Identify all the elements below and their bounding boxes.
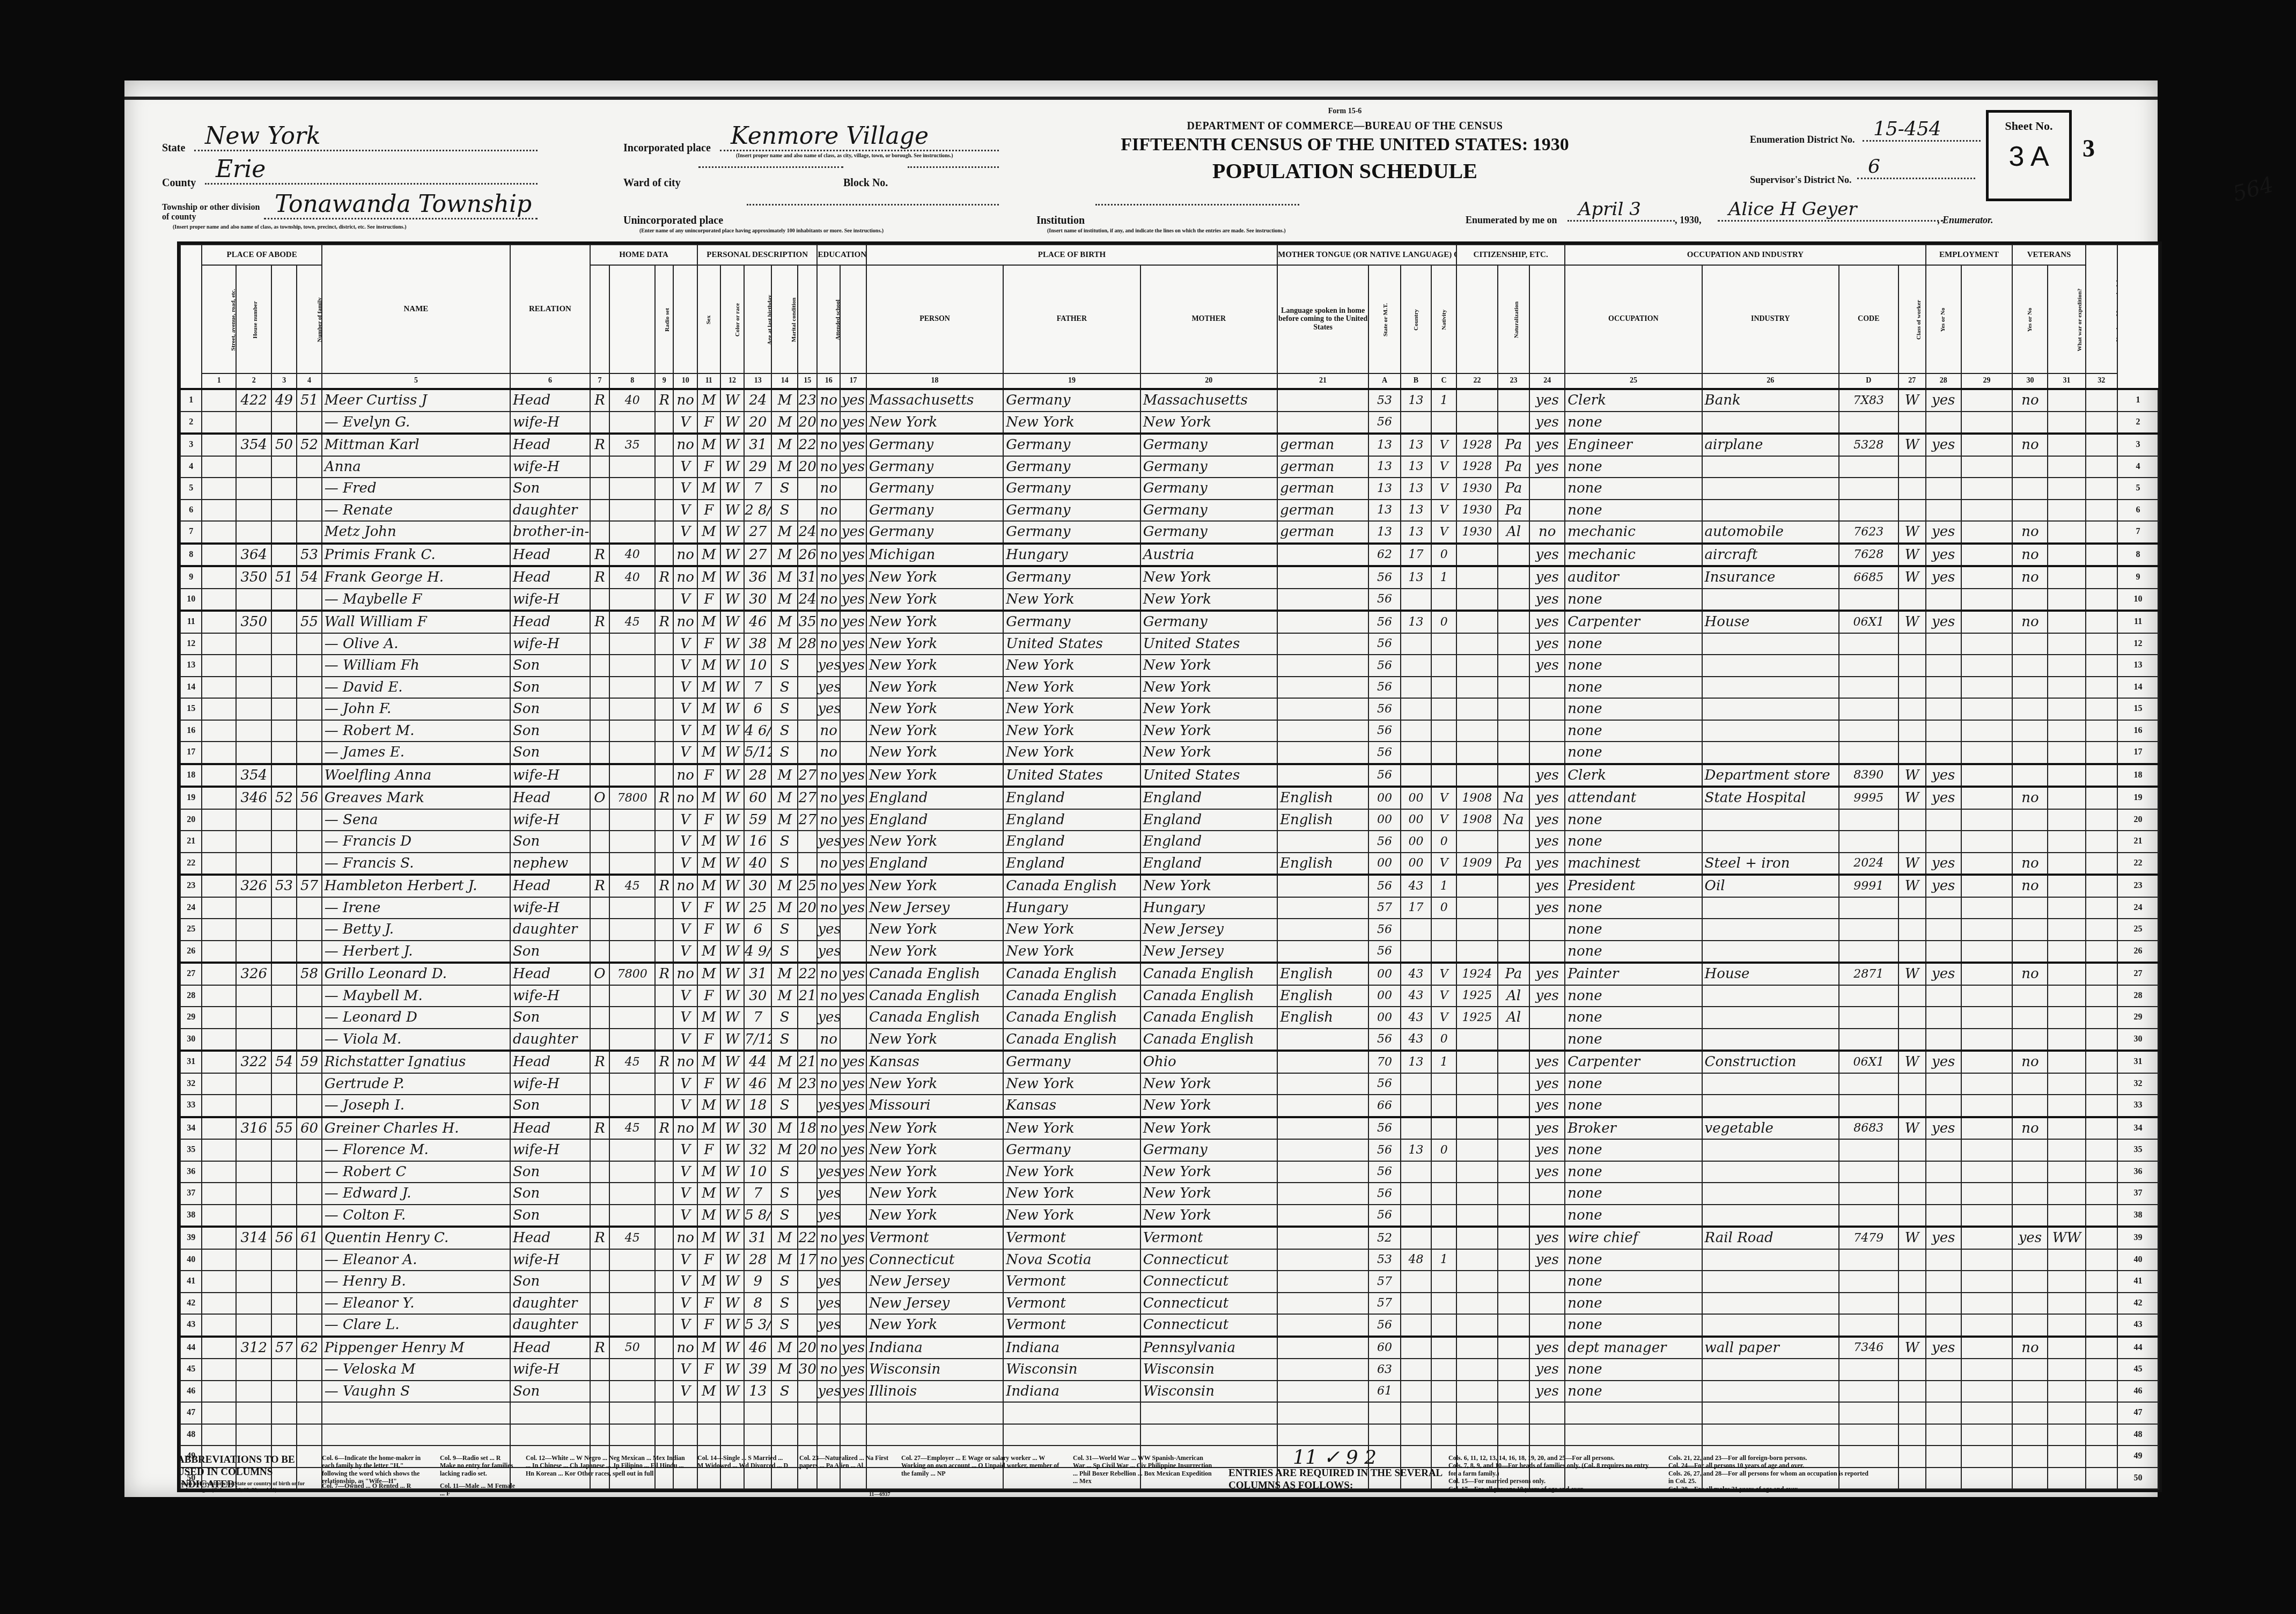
- cell-mother-birth: New Jersey: [1140, 919, 1277, 941]
- cell-farm-sched: [2086, 1073, 2118, 1095]
- cell-farm: V: [673, 633, 697, 655]
- cell-class: [1898, 897, 1926, 919]
- cell-farm-sched: [2086, 764, 2118, 787]
- census-title: FIFTEENTH CENSUS OF THE UNITED STATES: 1…: [1036, 135, 1653, 155]
- cell-age-marr: [798, 742, 817, 764]
- table-row: 37— Edward J.SonVMW7SyesNew YorkNew York…: [180, 1183, 2159, 1205]
- cell-relation: Head: [510, 1337, 590, 1359]
- cell-unemp: [1961, 1337, 2013, 1359]
- line-number: 42: [180, 1293, 202, 1315]
- cell-class: [1898, 1249, 1926, 1271]
- cell-value: 35: [609, 434, 655, 456]
- cell-immig: [1456, 1402, 1498, 1424]
- cell-industry: [1702, 412, 1839, 434]
- cell-marital: S: [771, 500, 798, 522]
- cell-relation: wife-H: [510, 809, 590, 831]
- cell-sex: F: [697, 1029, 720, 1051]
- column-number: 14: [771, 373, 798, 389]
- cell-immig: [1456, 1293, 1498, 1315]
- cell-industry: Steel + iron: [1702, 853, 1839, 875]
- cell-natur: [1498, 875, 1530, 897]
- cell-sex: M: [697, 1117, 720, 1140]
- cell-industry: [1702, 1249, 1839, 1271]
- cell-code-d: [1839, 633, 1898, 655]
- cell-read: yes: [840, 611, 866, 633]
- cell-farm: V: [673, 720, 697, 742]
- cell-age: 46: [744, 1073, 771, 1095]
- cell-birth: Indiana: [866, 1337, 1003, 1359]
- cell-name: — Irene: [322, 897, 510, 919]
- cell-english: yes: [1529, 963, 1565, 985]
- cell-occupation: none: [1565, 1183, 1702, 1205]
- cell-code-a: 57: [1368, 1293, 1401, 1315]
- cell-immig: 1930: [1456, 521, 1498, 544]
- cell-mother-birth: Connecticut: [1140, 1249, 1277, 1271]
- column-number: 24: [1529, 373, 1565, 389]
- cell-natur: [1498, 1205, 1530, 1227]
- line-number-right: 24: [2117, 897, 2159, 919]
- cell-farm-sched: [2086, 809, 2118, 831]
- cell-sex: M: [697, 478, 720, 500]
- cell-industry: [1702, 720, 1839, 742]
- cell-immig: [1456, 1183, 1498, 1205]
- cell-radio: [655, 589, 673, 611]
- cell-work: [1926, 677, 1961, 699]
- cell-language: [1277, 412, 1368, 434]
- cell-industry: [1702, 919, 1839, 941]
- cell-code-c: [1431, 412, 1456, 434]
- cell-vet: [2012, 1095, 2048, 1117]
- cell-english: yes: [1529, 456, 1565, 478]
- cell-sex: F: [697, 897, 720, 919]
- cell-unemp: [1961, 764, 2013, 787]
- cell-marital: [771, 1424, 798, 1446]
- cell-age: 2 8/12: [744, 500, 771, 522]
- cell-read: [840, 500, 866, 522]
- cell-farm-sched: [2086, 1381, 2118, 1403]
- cell-father-birth: Germany: [1003, 611, 1140, 633]
- column-number: 19: [1003, 373, 1140, 389]
- ward-field: [698, 166, 843, 168]
- cell-sex: F: [697, 589, 720, 611]
- cell-code-c: [1431, 1161, 1456, 1183]
- cell-read: [840, 1293, 866, 1315]
- cell-family: [297, 1095, 322, 1117]
- cell-unemp: [1961, 1073, 2013, 1095]
- cell-radio: R: [655, 963, 673, 985]
- cell-relation: Son: [510, 720, 590, 742]
- cell-unemp: [1961, 521, 2013, 544]
- cell-farm-sched: [2086, 1007, 2118, 1029]
- cell-english: yes: [1529, 1051, 1565, 1073]
- column-header: Number of dwelling house: [271, 265, 297, 373]
- cell-value: [609, 1249, 655, 1271]
- cell-dwelling: [271, 742, 297, 764]
- cell-immig: [1456, 544, 1498, 567]
- cell-industry: [1702, 677, 1839, 699]
- cell-industry: [1702, 589, 1839, 611]
- cell-code-a: 00: [1368, 1007, 1401, 1029]
- cell-birth: England: [866, 787, 1003, 809]
- cell-school: yes: [817, 941, 840, 963]
- cell-code-c: 0: [1431, 1029, 1456, 1051]
- line-number-right: 19: [2117, 787, 2159, 809]
- cell-dwelling: [271, 1073, 297, 1095]
- line-number-right: 5: [2117, 478, 2159, 500]
- cell-industry: [1702, 655, 1839, 677]
- cell-class: [1898, 456, 1926, 478]
- cell-age-marr: 20: [798, 897, 817, 919]
- column-number: 7: [590, 373, 609, 389]
- column-number: 28: [1926, 373, 1961, 389]
- cell-vet: [2012, 1293, 2048, 1315]
- cell-vet: [2012, 1007, 2048, 1029]
- cell-vet: [2012, 1381, 2048, 1403]
- cell-class: [1898, 698, 1926, 720]
- cell-vet: [2012, 589, 2048, 611]
- cell-birth: New York: [866, 412, 1003, 434]
- cell-class: [1898, 655, 1926, 677]
- cell-owned: [590, 1359, 609, 1381]
- cell-family: 56: [297, 787, 322, 809]
- cell-family: [297, 853, 322, 875]
- cell-vet: [2012, 1402, 2048, 1424]
- cell-school: no: [817, 521, 840, 544]
- cell-code-d: [1839, 1029, 1898, 1051]
- cell-code-d: [1839, 897, 1898, 919]
- cell-street: [202, 1007, 236, 1029]
- cell-farm-sched: [2086, 1424, 2118, 1446]
- cell-sex: M: [697, 1227, 720, 1249]
- table-row: 38— Colton F.SonVMW5 8/12SyesNew YorkNew…: [180, 1205, 2159, 1227]
- cell-sex: F: [697, 1073, 720, 1095]
- cell-house: 326: [236, 963, 271, 985]
- cell-sex: F: [697, 919, 720, 941]
- cell-age: 10: [744, 1161, 771, 1183]
- cell-birth: New York: [866, 1117, 1003, 1140]
- group-relation: RELATION: [510, 245, 590, 373]
- cell-value: [609, 1381, 655, 1403]
- cell-code-d: 2871: [1839, 963, 1898, 985]
- cell-race: W: [720, 1314, 745, 1337]
- cell-age-marr: [798, 1161, 817, 1183]
- cell-immig: [1456, 764, 1498, 787]
- cell-industry: [1702, 1271, 1839, 1293]
- cell-house: [236, 1183, 271, 1205]
- cell-farm: no: [673, 787, 697, 809]
- cell-unemp: [1961, 985, 2013, 1007]
- cell-code-c: [1431, 1205, 1456, 1227]
- cell-code-c: [1431, 919, 1456, 941]
- cell-value: [609, 941, 655, 963]
- cell-read: yes: [840, 963, 866, 985]
- cell-code-c: 0: [1431, 897, 1456, 919]
- cell-language: [1277, 1402, 1368, 1424]
- cell-unemp: [1961, 698, 2013, 720]
- cell-language: [1277, 1314, 1368, 1337]
- table-row: 93505154Frank George H.HeadR40RnoMW36M31…: [180, 566, 2159, 589]
- cell-value: 45: [609, 1051, 655, 1073]
- cell-radio: [655, 1249, 673, 1271]
- cell-code-c: [1431, 677, 1456, 699]
- cell-age: 7: [744, 677, 771, 699]
- cell-farm: V: [673, 809, 697, 831]
- cell-house: [236, 1095, 271, 1117]
- column-header: CODE: [1839, 265, 1898, 373]
- cell-war: [2048, 1337, 2085, 1359]
- cell-language: [1277, 655, 1368, 677]
- cell-code-b: [1401, 742, 1431, 764]
- entries-title: ENTRIES ARE REQUIRED IN THE SEVERAL COLU…: [1228, 1468, 1443, 1492]
- cell-war: [2048, 521, 2085, 544]
- cell-work: yes: [1926, 389, 1961, 412]
- cell-code-b: 43: [1401, 985, 1431, 1007]
- cell-code-c: V: [1431, 456, 1456, 478]
- cell-age-marr: 24: [798, 521, 817, 544]
- cell-race: W: [720, 1117, 745, 1140]
- line-number: 14: [180, 677, 202, 699]
- cell-dwelling: [271, 897, 297, 919]
- cell-read: [840, 478, 866, 500]
- cell-owned: [590, 633, 609, 655]
- township-field: Tonawanda Township: [264, 190, 538, 219]
- cell-read: yes: [840, 985, 866, 1007]
- column-header: Attended school: [817, 265, 840, 373]
- cell-race: W: [720, 698, 745, 720]
- cell-read: yes: [840, 566, 866, 589]
- cell-age-marr: 21: [798, 985, 817, 1007]
- cell-code-b: [1401, 1161, 1431, 1183]
- right-line-header: [2117, 245, 2159, 389]
- cell-relation: Head: [510, 389, 590, 412]
- cell-sex: M: [697, 1051, 720, 1073]
- cell-farm-sched: [2086, 655, 2118, 677]
- cell-school: yes: [817, 1205, 840, 1227]
- cell-sex: F: [697, 764, 720, 787]
- cell-age: 25: [744, 897, 771, 919]
- cell-occupation: mechanic: [1565, 544, 1702, 567]
- line-number-right: 17: [2117, 742, 2159, 764]
- cell-unemp: [1961, 677, 2013, 699]
- cell-mother-birth: Massachusetts: [1140, 389, 1277, 412]
- cell-war: [2048, 1402, 2085, 1424]
- cell-immig: [1456, 720, 1498, 742]
- state-label: State: [162, 142, 185, 155]
- cell-code-b: 00: [1401, 831, 1431, 853]
- cell-natur: [1498, 919, 1530, 941]
- cell-mother-birth: New Jersey: [1140, 941, 1277, 963]
- cell-marital: M: [771, 897, 798, 919]
- cell-work: [1926, 919, 1961, 941]
- cell-mother-birth: Pennsylvania: [1140, 1337, 1277, 1359]
- column-number: 21: [1277, 373, 1368, 389]
- cell-english: [1529, 1293, 1565, 1315]
- table-row: 20— Senawife-HVFW59M27noyesEnglandEnglan…: [180, 809, 2159, 831]
- cell-code-a: 56: [1368, 412, 1401, 434]
- cell-marital: M: [771, 589, 798, 611]
- cell-value: [609, 1205, 655, 1227]
- ward-label: Ward of city: [623, 177, 681, 189]
- cell-natur: [1498, 742, 1530, 764]
- cell-english: yes: [1529, 1073, 1565, 1095]
- cell-radio: R: [655, 566, 673, 589]
- cell-relation: wife-H: [510, 456, 590, 478]
- cell-war: [2048, 764, 2085, 787]
- cell-sex: M: [697, 677, 720, 699]
- cell-industry: Rail Road: [1702, 1227, 1839, 1249]
- cell-dwelling: [271, 500, 297, 522]
- cell-code-a: 56: [1368, 831, 1401, 853]
- table-row: 393145661Quentin Henry C.HeadR45noMW31M2…: [180, 1227, 2159, 1249]
- cell-family: [297, 633, 322, 655]
- cell-read: yes: [840, 434, 866, 456]
- line-number-right: 43: [2117, 1314, 2159, 1337]
- cell-code-a: 56: [1368, 1205, 1401, 1227]
- cell-read: yes: [840, 589, 866, 611]
- cell-mother-birth: New York: [1140, 1117, 1277, 1140]
- cell-age-marr: 22: [798, 1227, 817, 1249]
- cell-industry: [1702, 456, 1839, 478]
- cell-immig: [1456, 611, 1498, 633]
- cell-house: 346: [236, 787, 271, 809]
- cell-class: W: [1898, 389, 1926, 412]
- cell-occupation: President: [1565, 875, 1702, 897]
- cell-code-c: [1431, 941, 1456, 963]
- table-row: 443125762Pippenger Henry MHeadR50noMW46M…: [180, 1337, 2159, 1359]
- cell-house: 350: [236, 611, 271, 633]
- cell-radio: R: [655, 389, 673, 412]
- cell-name: Greiner Charles H.: [322, 1117, 510, 1140]
- cell-father-birth: Vermont: [1003, 1227, 1140, 1249]
- cell-work: [1926, 1095, 1961, 1117]
- cell-code-a: 00: [1368, 963, 1401, 985]
- cell-dwelling: [271, 611, 297, 633]
- cell-farm-sched: [2086, 941, 2118, 963]
- cell-sex: M: [697, 1337, 720, 1359]
- cell-read: [840, 1402, 866, 1424]
- cell-mother-birth: New York: [1140, 875, 1277, 897]
- cell-marital: S: [771, 831, 798, 853]
- column-header: Whether able to speak English: [1529, 265, 1565, 373]
- cell-marital: S: [771, 677, 798, 699]
- cell-value: [609, 1139, 655, 1161]
- cell-work: [1926, 1381, 1961, 1403]
- cell-read: [840, 1205, 866, 1227]
- cell-occupation: none: [1565, 1293, 1702, 1315]
- line-number: 5: [180, 478, 202, 500]
- cell-language: [1277, 389, 1368, 412]
- cell-english: yes: [1529, 611, 1565, 633]
- cell-english: yes: [1529, 1337, 1565, 1359]
- cell-vet: [2012, 655, 2048, 677]
- cell-class: [1898, 1161, 1926, 1183]
- line-number-right: 3: [2117, 434, 2159, 456]
- cell-birth: England: [866, 809, 1003, 831]
- cell-owned: R: [590, 1117, 609, 1140]
- cell-immig: [1456, 1227, 1498, 1249]
- cell-mother-birth: Germany: [1140, 611, 1277, 633]
- cell-dwelling: [271, 1402, 297, 1424]
- cell-street: [202, 544, 236, 567]
- table-row: 35— Florence M.wife-HVFW32M20noyesNew Yo…: [180, 1139, 2159, 1161]
- cell-value: [609, 1161, 655, 1183]
- cell-father-birth: Canada English: [1003, 985, 1140, 1007]
- cell-marital: M: [771, 389, 798, 412]
- cell-owned: [590, 1424, 609, 1446]
- cell-race: W: [720, 1337, 745, 1359]
- line-number: 27: [180, 963, 202, 985]
- cell-unemp: [1961, 1293, 2013, 1315]
- cell-vet: [2012, 1139, 2048, 1161]
- cell-language: [1277, 764, 1368, 787]
- cell-code-c: 1: [1431, 1249, 1456, 1271]
- cell-natur: [1498, 1073, 1530, 1095]
- cell-language: [1277, 1095, 1368, 1117]
- cell-immig: [1456, 589, 1498, 611]
- cell-industry: [1702, 1293, 1839, 1315]
- cell-relation: Son: [510, 1183, 590, 1205]
- cell-family: [297, 412, 322, 434]
- cell-code-c: [1431, 1293, 1456, 1315]
- incorporated-note: (Insert proper name and also name of cla…: [736, 153, 1004, 159]
- line-number-right: 14: [2117, 677, 2159, 699]
- cell-code-c: V: [1431, 985, 1456, 1007]
- cell-father-birth: New York: [1003, 720, 1140, 742]
- cell-name: — Fred: [322, 478, 510, 500]
- cell-marital: S: [771, 853, 798, 875]
- cell-english: yes: [1529, 764, 1565, 787]
- cell-mother-birth: Germany: [1140, 521, 1277, 544]
- cell-race: W: [720, 456, 745, 478]
- cell-owned: R: [590, 1227, 609, 1249]
- cell-farm-sched: [2086, 412, 2118, 434]
- cell-house: [236, 589, 271, 611]
- cell-code-a: 56: [1368, 655, 1401, 677]
- cell-house: [236, 1359, 271, 1381]
- cell-marital: S: [771, 1161, 798, 1183]
- cell-farm-sched: [2086, 1402, 2118, 1424]
- cell-value: [609, 720, 655, 742]
- cell-english: yes: [1529, 853, 1565, 875]
- cell-code-c: [1431, 1183, 1456, 1205]
- cell-class: [1898, 1139, 1926, 1161]
- cell-code-d: [1839, 1314, 1898, 1337]
- line-number: 34: [180, 1117, 202, 1140]
- cell-marital: S: [771, 1007, 798, 1029]
- cell-code-b: [1401, 655, 1431, 677]
- cell-birth: New York: [866, 698, 1003, 720]
- cell-code-d: [1839, 1161, 1898, 1183]
- cell-street: [202, 566, 236, 589]
- cell-occupation: wire chief: [1565, 1227, 1702, 1249]
- cell-age-marr: 27: [798, 787, 817, 809]
- cell-code-c: [1431, 589, 1456, 611]
- cell-family: [297, 1359, 322, 1381]
- entries-block-2: Cols. 21, 22, and 23—For all foreign-bor…: [1668, 1454, 1872, 1493]
- cell-occupation: Clerk: [1565, 389, 1702, 412]
- table-row: 33— Joseph I.SonVMW18SyesyesMissouriKans…: [180, 1095, 2159, 1117]
- cell-code-b: [1401, 633, 1431, 655]
- cell-unemp: [1961, 1314, 2013, 1337]
- line-number-right: 15: [2117, 698, 2159, 720]
- cell-natur: [1498, 1139, 1530, 1161]
- cell-birth: New York: [866, 655, 1003, 677]
- cell-street: [202, 1271, 236, 1293]
- cell-owned: [590, 1139, 609, 1161]
- cell-work: yes: [1926, 1337, 1961, 1359]
- cell-vet: no: [2012, 1117, 2048, 1140]
- cell-unemp: [1961, 1424, 2013, 1446]
